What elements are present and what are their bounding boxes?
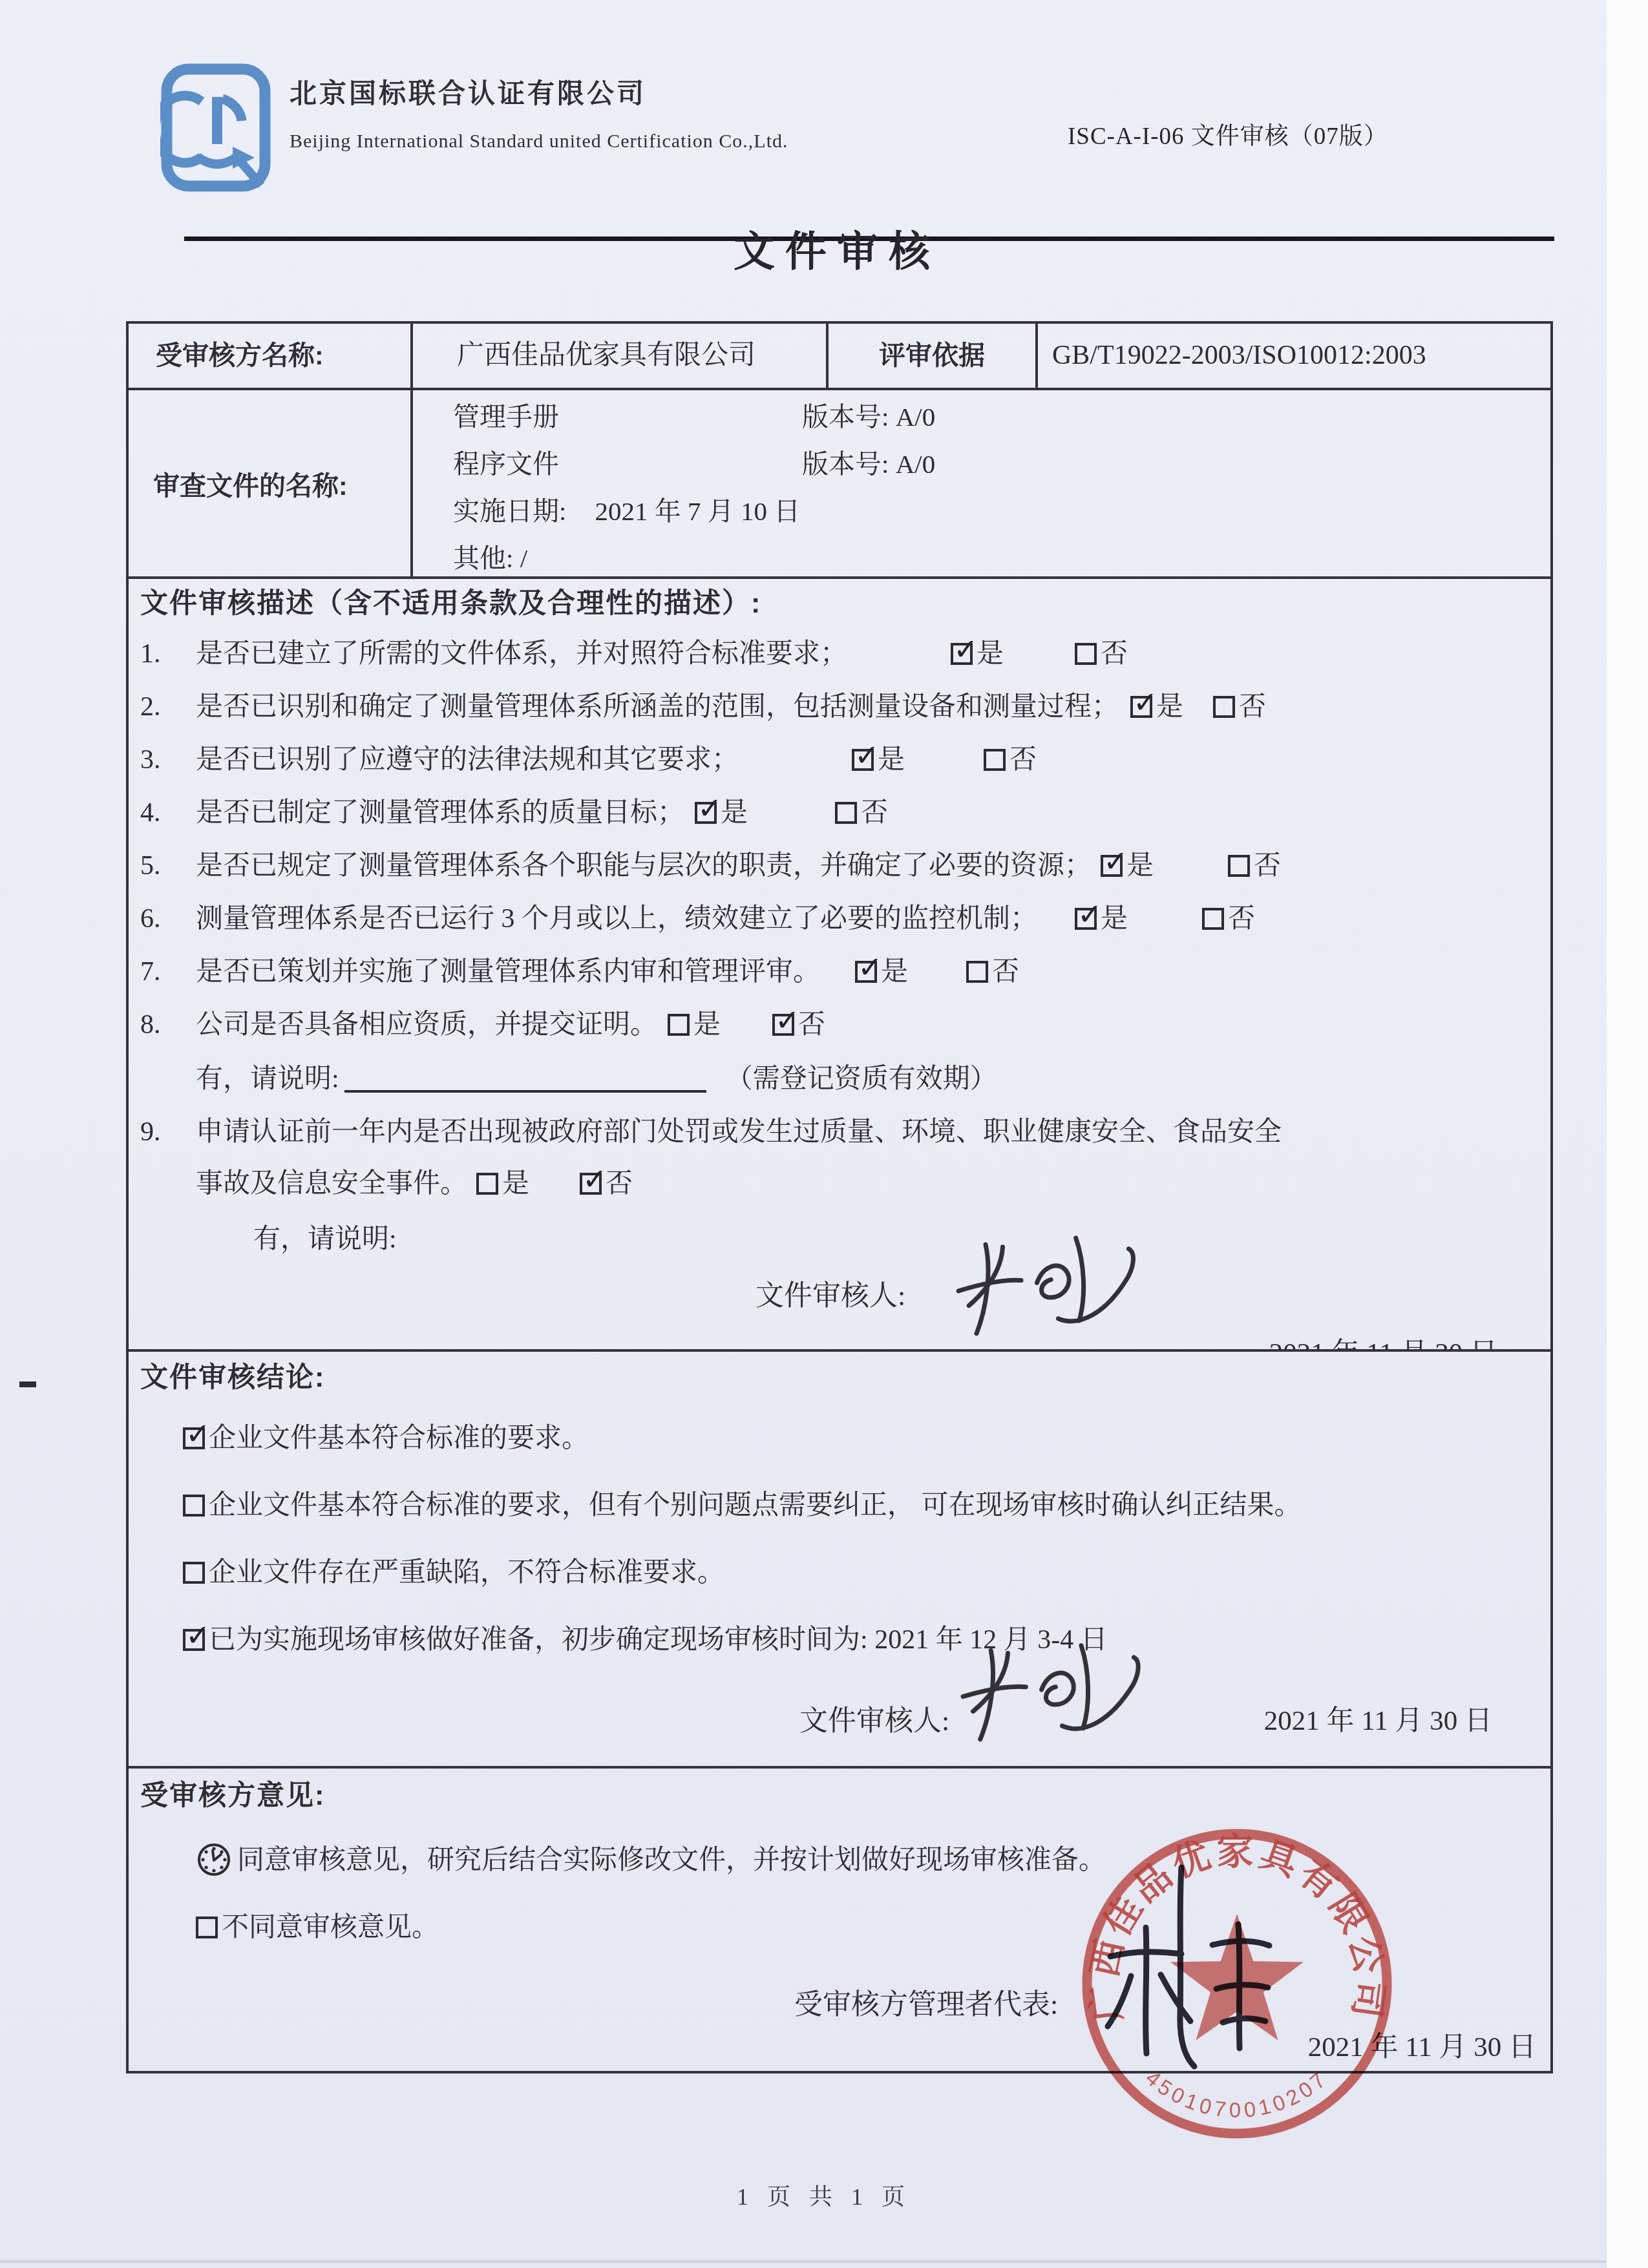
reviewer-signature-row: 文件审核人: [140,1277,1531,1335]
checklist-item-7: 7. 是否已策划并实施了测量管理体系内审和管理评审。✓是否 [140,955,1531,989]
doc-name: 实施日期: [453,495,566,527]
no-choice: 否 [984,745,1037,775]
yes-choice: ✓是 [855,957,908,987]
scan-artifact [19,1381,36,1387]
yes-choice: ✓是 [951,639,1004,669]
item-text-line1: 申请认证前一年内是否出现被政府部门处罚或发生过质量、环境、职业健康安全、食品安全 [196,1115,1531,1149]
no-checkbox-checked: ✓ [580,1173,602,1195]
doc-version: 版本号: A/0 [802,449,935,479]
item-text: 是否已制定了测量管理体系的质量目标；✓是否 [196,796,1531,830]
review-date: 2021 年 11 月 30 日 [140,1331,1531,1352]
agree-text: 同意审核意见，研究后结合实际修改文件，并按计划做好现场审核准备。 [237,1845,1106,1875]
doc-date: 2021 年 7 月 10 日 [595,496,800,526]
no-choice: ✓否 [580,1169,633,1199]
basis-label: 评审依据 [829,324,1038,388]
doc-other: 其他: / [453,543,527,573]
doc-line: 实施日期:2021 年 7 月 10 日 [453,495,1550,527]
conclusion-heading: 文件审核结论: [140,1361,1531,1394]
scanned-document-page: 北京国标联合认证有限公司 Beijing International Stand… [0,0,1648,2268]
no-checkbox [1075,643,1097,665]
checklist-item-1: 1. 是否已建立了所需的文件体系，并对照符合标准要求；✓是否 [140,637,1531,671]
doc-line: 管理手册版本号: A/0 [453,401,1550,433]
yes-choice: ✓是 [695,798,748,828]
doc-version: 版本号: A/0 [802,402,935,432]
blank-underline [344,1064,706,1093]
no-checkbox [966,961,988,983]
description-section: 文件审核描述（含不适用条款及合理性的描述）: 1. 是否已建立了所需的文件体系，… [129,579,1550,1352]
no-checkbox-checked: ✓ [772,1014,794,1036]
item-text: 是否已策划并实施了测量管理体系内审和管理评审。✓是否 [196,955,1531,989]
item-text: 公司是否具备相应资质，并提交证明。是✓否 [196,1008,1531,1042]
item-number: 6. [140,902,196,936]
auditee-row: 受审核方名称: 广西佳品优家具有限公司 评审依据 GB/T19022-2003/… [129,324,1550,390]
auditee-name: 广西佳品优家具有限公司 [413,324,829,388]
doc-line: 程序文件版本号: A/0 [453,448,1550,480]
scan-edge [1607,0,1648,2268]
check-mark: ✓ [582,1162,607,1196]
yes-checkbox [476,1173,498,1195]
company-name-en: Beijing International Standard united Ce… [290,131,788,152]
item-text-line2: 事故及信息安全事件。是✓否 [196,1167,1531,1201]
item-text: 是否已识别和确定了测量管理体系所涵盖的范围，包括测量设备和测量过程；✓是否 [196,690,1531,724]
note-prefix: 有，请说明: [196,1064,339,1094]
stamp-star-icon [1170,1914,1303,2040]
checklist-item-8: 8. 公司是否具备相应资质，并提交证明。是✓否 [140,1008,1531,1042]
item-number: 5. [140,849,196,883]
reviewer-label: 文件审核人: [799,1702,949,1741]
no-checkbox [835,802,857,824]
option-text: 企业文件存在严重缺陷，不符合标准要求。 [209,1558,724,1588]
option-text: 企业文件基本符合标准的要求。 [209,1423,589,1453]
yes-choice: 是 [476,1169,529,1199]
conclusion-section: 文件审核结论: ✓企业文件基本符合标准的要求。 企业文件基本符合标准的要求，但有… [129,1352,1550,1769]
conclusion-option-3: 企业文件存在严重缺陷，不符合标准要求。 [140,1556,1531,1590]
basis-value: GB/T19022-2003/ISO10012:2003 [1038,324,1550,388]
item-text: 是否已规定了测量管理体系各个职能与层次的职责，并确定了必要的资源；✓是否 [196,849,1531,883]
bisc-logo-icon [160,61,271,194]
no-choice: 否 [1213,692,1266,722]
company-name-cn: 北京国标联合认证有限公司 [290,72,646,111]
check-mark: ✓ [858,950,883,984]
item-8-note: 有，请说明:（需登记资质有效期） [140,1062,1531,1096]
item-text: 是否已识别了应遵守的法律法规和其它要求；✓是否 [196,743,1531,777]
doc-name: 管理手册 [453,401,802,433]
yes-choice: 是 [668,1010,721,1040]
checklist-item-3: 3. 是否已识别了应遵守的法律法规和其它要求；✓是否 [140,743,1531,777]
reviewer-label: 文件审核人: [755,1280,905,1312]
no-choice: 否 [1075,639,1128,669]
yes-choice: ✓是 [1130,692,1183,722]
yes-checkbox-checked: ✓ [1130,696,1152,718]
yes-choice: ✓是 [1101,851,1154,881]
option-checkbox-checked: ✓ [183,1427,205,1449]
check-mark: ✓ [185,1619,211,1652]
item-number: 3. [140,743,196,777]
no-checkbox [1213,696,1235,718]
yes-checkbox-checked: ✓ [1075,908,1097,930]
page-title: 文件审核 [126,218,1548,278]
yes-choice: ✓是 [1075,904,1128,934]
yes-choice: ✓是 [852,745,905,775]
yes-checkbox-checked: ✓ [951,643,973,665]
check-mark: ✓ [854,739,880,772]
check-mark: ✓ [697,792,723,825]
option-text: 已为实施现场审核做好准备，初步确定现场审核时间为: 2021 年 12 月 3-… [209,1625,1108,1655]
checklist-item-5: 5. 是否已规定了测量管理体系各个职能与层次的职责，并确定了必要的资源；✓是否 [140,849,1531,883]
document-code: ISC-A-I-06 文件审核（07版） [1068,116,1388,151]
item-9-note: 有，请说明: [140,1223,1531,1256]
conclusion-date: 2021 年 11 月 30 日 [1264,1702,1531,1741]
item-text: 是否已建立了所需的文件体系，并对照符合标准要求；✓是否 [196,637,1531,671]
doc-name: 程序文件 [453,448,802,480]
conclusion-option-4: ✓已为实施现场审核做好准备，初步确定现场审核时间为: 2021 年 12 月 3… [140,1623,1531,1657]
item-number: 4. [140,796,196,830]
company-seal-stamp: 广西佳品优家具有限公司 4501070010207 [1068,1814,1406,2153]
check-mark: ✓ [1103,845,1128,878]
note-suffix: （需登记资质有效期） [726,1064,997,1094]
no-checkbox [984,749,1006,771]
item-number: 1. [140,637,196,671]
conclusion-option-2: 企业文件基本符合标准的要求，但有个别问题点需要纠正， 可在现场审核时确认纠正结果… [140,1489,1531,1522]
item-number: 7. [140,955,196,989]
no-checkbox [1228,855,1250,877]
description-heading: 文件审核描述（含不适用条款及合理性的描述）: [140,587,1531,620]
yes-checkbox-checked: ✓ [855,961,877,983]
documents-label: 审查文件的名称: [129,390,413,576]
checklist-item-2: 2. 是否已识别和确定了测量管理体系所涵盖的范围，包括测量设备和测量过程；✓是否 [140,690,1531,724]
no-choice: 否 [1202,904,1255,934]
option-checkbox [183,1562,205,1584]
page-footer: 1 页 共 1 页 [0,2179,1648,2212]
item-text: 申请认证前一年内是否出现被政府部门处罚或发生过质量、环境、职业健康安全、食品安全… [196,1115,1531,1201]
check-mark: ✓ [775,1003,800,1037]
check-mark: ✓ [1077,898,1103,931]
no-choice: 否 [966,957,1019,987]
clock-check-icon [196,1842,232,1878]
representative-label: 受审核方管理者代表: [794,1989,1058,2021]
check-mark: ✓ [953,633,978,666]
conclusion-signature-row: 文件审核人: 2021 年 11 月 30 日 [140,1702,1531,1741]
option-checkbox-checked: ✓ [183,1629,205,1651]
yes-checkbox-checked: ✓ [695,802,717,824]
option-text: 企业文件基本符合标准的要求，但有个别问题点需要纠正， 可在现场审核时确认纠正结果… [209,1491,1302,1520]
no-checkbox [1202,908,1224,930]
opinion-heading: 受审核方意见: [140,1779,1531,1812]
no-choice: 否 [1228,851,1281,881]
checklist-item-9: 9. 申请认证前一年内是否出现被政府部门处罚或发生过质量、环境、职业健康安全、食… [140,1115,1531,1201]
auditee-label: 受审核方名称: [129,324,413,388]
yes-checkbox-checked: ✓ [852,749,874,771]
checklist-item-6: 6. 测量管理体系是否已运行 3 个月或以上，绩效建立了必要的监控机制；✓是否 [140,902,1531,936]
check-mark: ✓ [1133,686,1158,719]
option-checkbox [183,1495,205,1517]
no-choice: ✓否 [772,1010,825,1040]
doc-line: 其他: / [453,542,1550,574]
disagree-text: 不同意审核意见。 [222,1913,439,1942]
documents-list: 管理手册版本号: A/0 程序文件版本号: A/0 实施日期:2021 年 7 … [413,390,1550,576]
item-number: 2. [140,690,196,724]
disagree-checkbox [196,1916,218,1938]
checklist-item-4: 4. 是否已制定了测量管理体系的质量目标；✓是否 [140,796,1531,830]
yes-checkbox [668,1014,690,1036]
no-choice: 否 [835,798,888,828]
scan-edge-bottom [0,2260,1607,2263]
audit-form-table: 受审核方名称: 广西佳品优家具有限公司 评审依据 GB/T19022-2003/… [126,321,1553,2074]
conclusion-option-1: ✓企业文件基本符合标准的要求。 [140,1422,1531,1455]
item-text: 测量管理体系是否已运行 3 个月或以上，绩效建立了必要的监控机制；✓是否 [196,902,1531,936]
item-number: 8. [140,1008,196,1042]
check-mark: ✓ [185,1417,211,1451]
yes-checkbox-checked: ✓ [1101,855,1123,877]
item-number: 9. [140,1115,196,1201]
documents-row: 审查文件的名称: 管理手册版本号: A/0 程序文件版本号: A/0 实施日期:… [129,390,1550,579]
